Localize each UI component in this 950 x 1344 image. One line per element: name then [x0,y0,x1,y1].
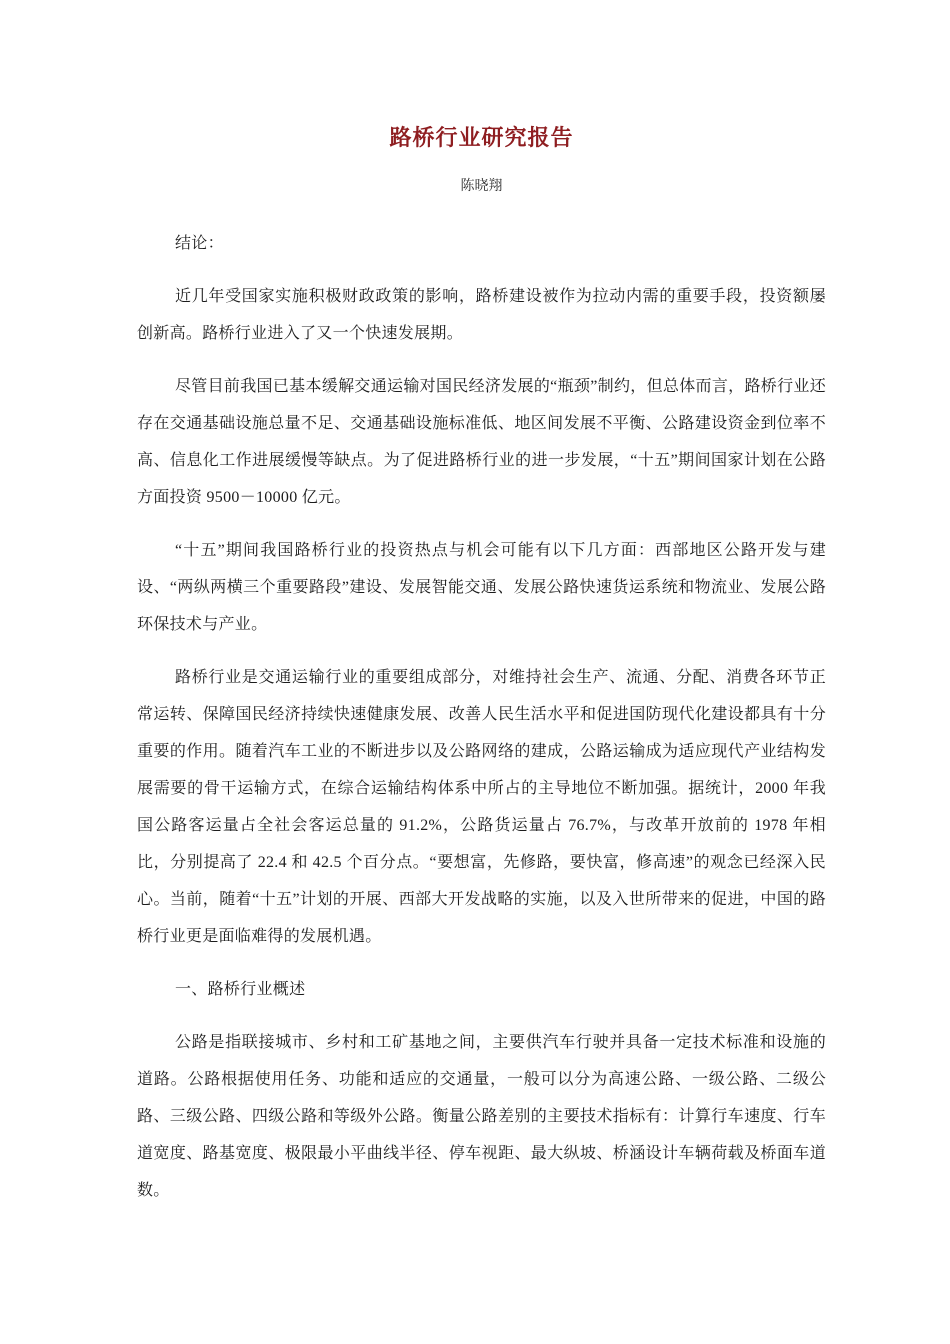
paragraph-conclusion-label: 结论： [137,225,826,262]
paragraph-bottleneck-plan: 尽管目前我国已基本缓解交通运输对国民经济发展的“瓶颈”制约，但总体而言，路桥行业… [137,368,826,516]
section-heading-industry-overview: 一、路桥行业概述 [137,971,826,1008]
paragraph-highway-definition: 公路是指联接城市、乡村和工矿基地之间，主要供汽车行驶并具备一定技术标准和设施的道… [137,1024,826,1209]
paragraph-investment-hotspots: “十五”期间我国路桥行业的投资热点与机会可能有以下几方面：西部地区公路开发与建设… [137,532,826,643]
document-author: 陈晓翔 [137,177,826,197]
paragraph-industry-importance: 路桥行业是交通运输行业的重要组成部分，对维持社会生产、流通、分配、消费各环节正常… [137,659,826,955]
document-page: 路桥行业研究报告 陈晓翔 结论： 近几年受国家实施积极财政政策的影响，路桥建设被… [0,0,950,1344]
document-title: 路桥行业研究报告 [137,122,826,153]
paragraph-recent-investment: 近几年受国家实施积极财政政策的影响，路桥建设被作为拉动内需的重要手段，投资额屡创… [137,278,826,352]
